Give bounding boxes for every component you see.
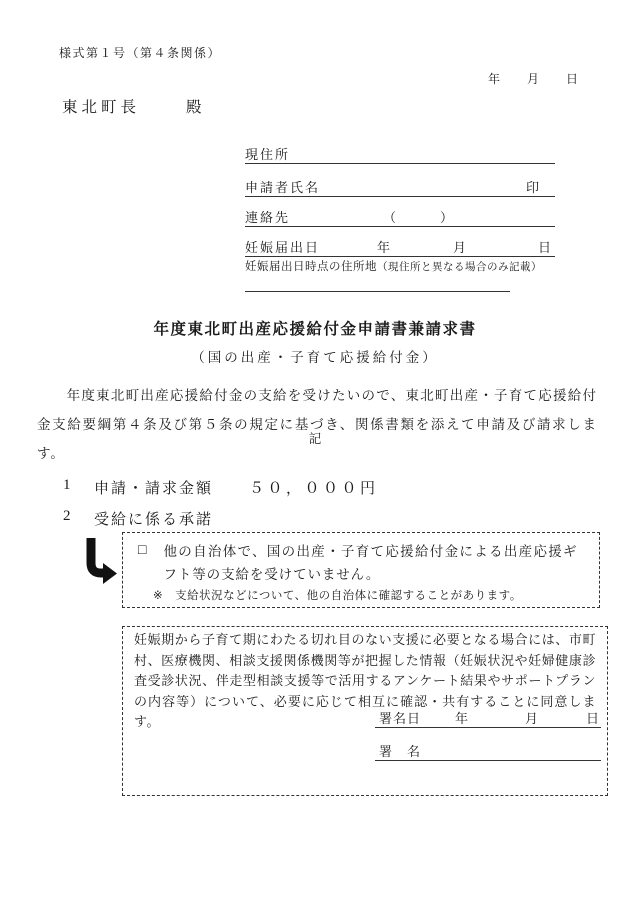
current-address-row: 現住所 (245, 147, 555, 164)
contact-paren-close: ） (440, 207, 453, 226)
signature-label: 署 名 (379, 741, 421, 760)
applicant-name-row: 申請者氏名 印 (245, 180, 555, 197)
month-unit-label: 月 (453, 237, 466, 256)
current-address-label: 現住所 (245, 144, 290, 163)
item-amount-row: 1 申請・請求金額 ５０，０００円 (0, 477, 630, 499)
note-mark: ※ (153, 590, 163, 602)
body-paragraph: 年度東北町出産応援給付金の支給を受けたいので、東北町出産・子育て応援給付金支給要… (37, 381, 597, 468)
signature-date-line[interactable]: 署名日 年 月 日 (375, 711, 601, 728)
application-form-page: 様式第１号（第４条関係） 年 月 日 東北町長殿 現住所 申請者氏名 印 連絡先… (0, 0, 630, 903)
curved-arrow-icon (86, 538, 118, 585)
item-1-label: 申請・請求金額 (94, 477, 213, 498)
day-unit-label: 日 (538, 237, 551, 256)
contact-label: 連絡先 (245, 207, 290, 226)
pregnancy-address-input-line[interactable] (245, 278, 510, 292)
document-title: 年度東北町出産応援給付金申請書兼請求書 (0, 317, 630, 339)
no-duplicate-benefit-row: □ 他の自治体で、国の出産・子育て応援給付金による出産応援ギフト等の支給を受けて… (138, 540, 589, 586)
pregnancy-address-paren-note: （現住所と異なる場合のみ記載） (377, 262, 542, 273)
no-duplicate-benefit-checkbox[interactable]: □ (138, 540, 146, 562)
date-line: 年 月 日 (488, 70, 579, 87)
info-sharing-consent-box: 妊娠期から子育て期にわたる切れ目のない支援に必要となる場合には、市町村、医療機関… (122, 626, 608, 796)
signature-date-label: 署名日 (379, 708, 421, 727)
addressee-honorific: 殿 (186, 99, 202, 116)
item-2-label: 受給に係る承諾 (94, 508, 213, 529)
section-mark-ki: 記 (0, 429, 630, 447)
pregnancy-address-note: 妊娠届出日時点の住所地（現住所と異なる場合のみ記載） (245, 258, 542, 274)
pregnancy-address-label: 妊娠届出日時点の住所地 (245, 261, 377, 273)
item-2-number: 2 (63, 508, 71, 525)
item-consent-row: 2 受給に係る承諾 (0, 508, 630, 530)
addressee-name: 東北町長 (62, 99, 140, 116)
signature-day-label: 日 (586, 708, 599, 727)
no-duplicate-benefit-box: □ 他の自治体で、国の出産・子育て応援給付金による出産応援ギフト等の支給を受けて… (122, 532, 600, 608)
no-duplicate-benefit-statement: 他の自治体で、国の出産・子育て応援給付金による出産応援ギフト等の支給を受けていま… (163, 540, 577, 586)
addressee-line: 東北町長殿 (62, 95, 202, 117)
form-number: 様式第１号（第４条関係） (59, 44, 221, 61)
signature-year-label: 年 (455, 708, 468, 727)
pregnancy-notification-date-row: 妊娠届出日 年 月 日 (245, 240, 555, 257)
note-text: 支給状況などについて、他の自治体に確認することがあります。 (175, 590, 522, 602)
signature-month-label: 月 (525, 708, 538, 727)
document-subtitle: （国の出産・子育て応援給付金） (0, 346, 630, 366)
year-unit-label: 年 (377, 237, 390, 256)
contact-paren-open: （ (383, 207, 396, 226)
signature-line[interactable]: 署 名 (375, 744, 601, 761)
applicant-name-label: 申請者氏名 (245, 177, 320, 196)
item-1-number: 1 (63, 477, 71, 494)
claim-amount-value: ５０，０００円 (249, 477, 379, 498)
pregnancy-date-label: 妊娠届出日 (245, 237, 320, 256)
seal-label: 印 (526, 177, 539, 196)
verification-note: ※支給状況などについて、他の自治体に確認することがあります。 (138, 587, 589, 603)
contact-row: 連絡先 （ ） (245, 210, 555, 227)
